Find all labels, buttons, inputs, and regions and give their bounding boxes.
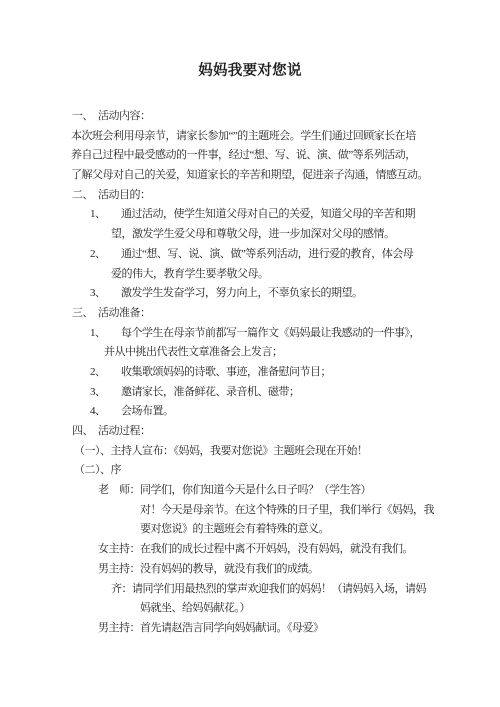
text-line: 爱的伟大，教育学生要孝敬父母。 [0,265,500,285]
text-line: 1、 通过活动，使学生知道父母对自己的关爱，知道父母的辛苦和期 [0,205,500,225]
text-line: 齐：请同学们用最热烈的掌声欢迎我们的妈妈！（请妈妈入场，请妈 [0,580,500,600]
text-line: 并从中挑出代表性文章准备会上发言； [0,343,500,363]
text-line: 3、 激发学生发奋学习，努力向上，不辜负家长的期望。 [0,284,500,304]
text-line: 男主持：没有妈妈的教导，就没有我们的成绩。 [0,560,500,580]
text-line: 2、 通过“想、写、说、演、做”等系列活动，进行爱的教育，体会母 [0,245,500,265]
text-line: 女主持：在我们的成长过程中离不开妈妈，没有妈妈，就没有我们。 [0,540,500,560]
text-line: 养自己过程中最受感动的一件事，经过“想、写、说、演、做”等系列活动， [0,146,500,166]
document-page: 妈妈我要对您说 一、 活动内容：本次班会利用母亲节，请家长参加“”的主题班会。学… [0,0,500,707]
text-line: 1、 每个学生在母亲节前都写一篇作文《妈妈最让我感动的一件事》， [0,324,500,344]
document-body: 一、 活动内容：本次班会利用母亲节，请家长参加“”的主题班会。学生们通过回顾家长… [0,107,500,639]
text-line: 三、 活动准备： [0,304,500,324]
text-line: 老 师：同学们，你们知道今天是什么日子吗？（学生答） [0,481,500,501]
text-line: （一）、主持人宣布：《妈妈，我要对您说》主题班会现在开始！ [0,442,500,462]
text-line: 2、 收集歌颂妈妈的诗歌、事迹，准备慰问节目； [0,363,500,383]
text-line: 一、 活动内容： [0,107,500,127]
text-line: （二）、序 [0,461,500,481]
text-line: 二、 活动目的： [0,186,500,206]
text-line: 望，激发学生爱父母和尊敬父母，进一步加深对父母的感情。 [0,225,500,245]
text-line: 妈就坐、给妈妈献花。） [0,599,500,619]
text-line: 本次班会利用母亲节，请家长参加“”的主题班会。学生们通过回顾家长在培 [0,127,500,147]
text-line: 4、 会场布置。 [0,402,500,422]
text-line: 四、 活动过程： [0,422,500,442]
text-line: 对！今天是母亲节。在这个特殊的日子里，我们举行《妈妈，我 [0,501,500,521]
text-line: 了解父母对自己的关爱，知道家长的辛苦和期望，促进亲子沟通，情感互动。 [0,166,500,186]
text-line: 3、 邀请家长，准备鲜花、录音机、磁带； [0,383,500,403]
text-line: 男主持：首先请赵浩言同学向妈妈献词。《母爱》 [0,619,500,639]
text-line: 要对您说》的主题班会有着特殊的意义。 [0,520,500,540]
document-title: 妈妈我要对您说 [0,59,500,80]
